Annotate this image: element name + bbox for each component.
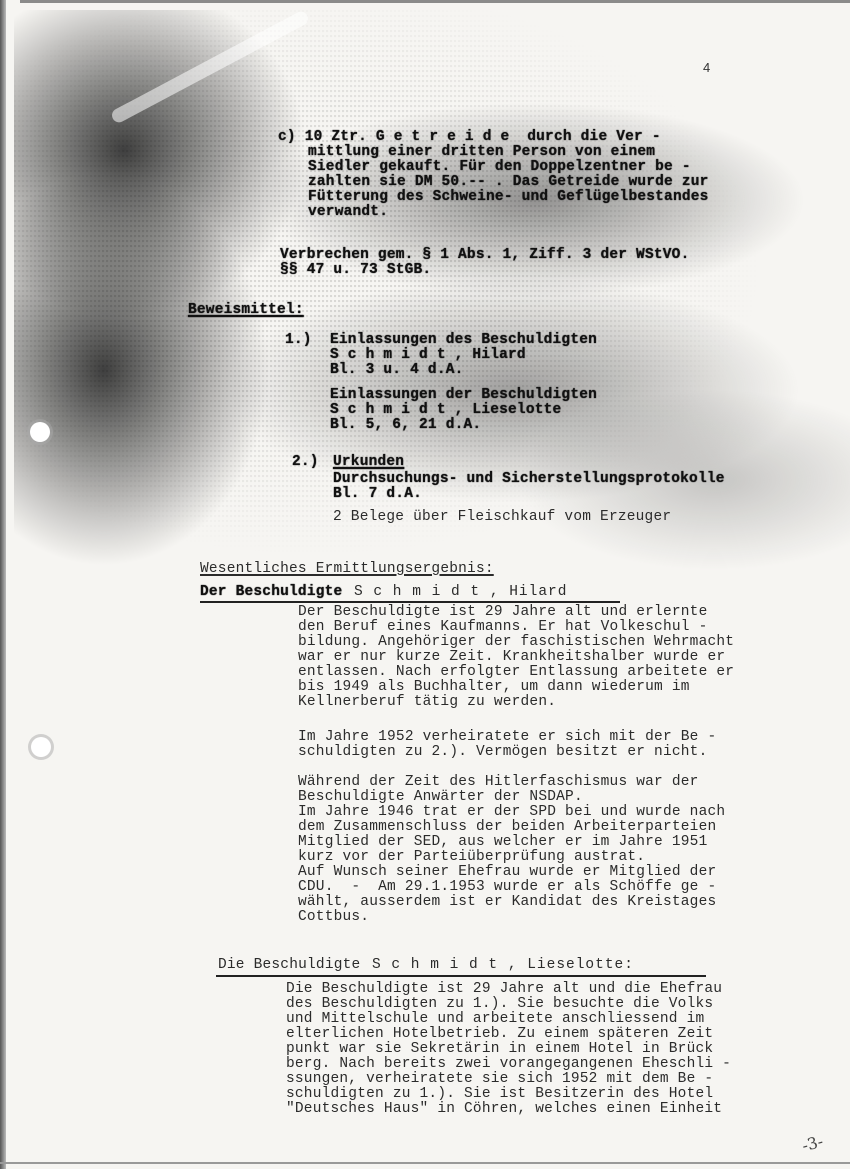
accused2-text-line: des Beschuldigten zu 1.). Sie besuchte d… (286, 997, 713, 1012)
accused2-heading-prefix: Die Beschuldigte (218, 958, 360, 973)
accused1-heading-prefix: Der Beschuldigte (200, 585, 342, 600)
accused2-text-line: punkt war sie Sekretärin in einem Hotel … (286, 1042, 713, 1057)
accused1-text-line: Während der Zeit des Hitlerfaschismus wa… (298, 775, 699, 790)
accused1-text-line: bis 1949 als Buchhalter, um dann wiederu… (298, 680, 690, 695)
accused1-text-line: schuldigten zu 2.). Vermögen besitzt er … (298, 745, 707, 760)
evidence-item-number: 2.) (292, 455, 319, 470)
page-edge-bottom (0, 1162, 850, 1164)
accused1-heading-underline (200, 601, 620, 603)
accused1-text-line: kurz vor der Parteiüberprüfung austrat. (298, 850, 645, 865)
item-c-line: mittlung einer dritten Person von einem (308, 145, 655, 160)
accused1-text-line: Cottbus. (298, 910, 369, 925)
item-c-line: c) 10 Ztr. G e t r e i d e durch die Ver… (278, 130, 661, 145)
accused2-heading-name: S c h m i d t , Lieselotte: (372, 958, 634, 973)
evidence-line: Bl. 3 u. 4 d.A. (330, 363, 464, 378)
accused1-text-line: Kellnerberuf tätig zu werden. (298, 695, 556, 710)
evidence-line: Einlassungen der Beschuldigten (330, 388, 597, 403)
accused1-text-line: wählt, ausserdem ist er Kandidat des Kre… (298, 895, 716, 910)
item-c-line: zahlten sie DM 50.-- . Das Getreide wurd… (308, 175, 709, 190)
item-c-line: Fütterung des Schweine- und Geflügelbest… (308, 190, 709, 205)
accused1-text-line: Im Jahre 1946 trat er der SPD bei und wu… (298, 805, 725, 820)
evidence-line: 2 Belege über Fleischkauf vom Erzeuger (333, 510, 671, 525)
page-number: 4 (703, 60, 710, 75)
evidence-line: Bl. 7 d.A. (333, 487, 422, 502)
accused1-text-line: Im Jahre 1952 verheiratete er sich mit d… (298, 730, 716, 745)
violation-line: Verbrechen gem. § 1 Abs. 1, Ziff. 3 der … (280, 248, 689, 263)
accused2-text-line: berg. Nach bereits zwei vorangegangenen … (286, 1057, 731, 1072)
evidence-line: Durchsuchungs- und Sicherstellungsprotok… (333, 472, 725, 487)
accused1-text-line: den Beruf eines Kaufmanns. Er hat Volkes… (298, 620, 707, 635)
accused1-text-line: bildung. Angehöriger der faschistischen … (298, 635, 734, 650)
accused1-text-line: dem Zusammenschluss der beiden Arbeiterp… (298, 820, 716, 835)
evidence-item-number: 1.) (285, 333, 312, 348)
scanned-page: 4 c) 10 Ztr. G e t r e i d e durch die V… (0, 0, 850, 1169)
accused2-heading-underline (216, 975, 706, 977)
item-c-line: Siedler gekauft. Für den Doppelzentner b… (308, 160, 691, 175)
violation-line: §§ 47 u. 73 StGB. (280, 263, 431, 278)
accused2-text-line: "Deutsches Haus" in Cöhren, welches eine… (286, 1102, 722, 1117)
evidence-line: S c h m i d t , Hilard (330, 348, 526, 363)
page-edge-left (0, 0, 6, 1169)
page-edge-top (20, 0, 850, 3)
accused2-text-line: Die Beschuldigte ist 29 Jahre alt und di… (286, 982, 722, 997)
punch-hole-lower (31, 737, 51, 757)
evidence-line: Bl. 5, 6, 21 d.A. (330, 418, 481, 433)
findings-heading: Wesentliches Ermittlungsergebnis: (200, 562, 494, 577)
accused1-text-line: Auf Wunsch seiner Ehefrau wurde er Mitgl… (298, 865, 716, 880)
evidence-heading: Beweismittel: (188, 303, 304, 318)
accused2-text-line: und Mittelschule und arbeitete anschlies… (286, 1012, 704, 1027)
accused1-heading-name: S c h m i d t , Hilard (354, 585, 567, 600)
evidence-line: Einlassungen des Beschuldigten (330, 333, 597, 348)
accused1-text-line: Der Beschuldigte ist 29 Jahre alt und er… (298, 605, 707, 620)
accused2-text-line: ssungen, verheiratete sie sich 1952 mit … (286, 1072, 713, 1087)
punch-hole-upper (30, 422, 50, 442)
evidence-subheading: Urkunden (333, 455, 404, 470)
evidence-line: S c h m i d t , Lieselotte (330, 403, 561, 418)
margin-mark: -3- (800, 1132, 825, 1156)
accused1-text-line: Mitglied der SED, aus welcher er im Jahr… (298, 835, 707, 850)
item-c-line: verwandt. (308, 205, 388, 220)
accused2-text-line: elterlichen Hotelbetrieb. Zu einem späte… (286, 1027, 713, 1042)
accused1-text-line: Beschuldigte Anwärter der NSDAP. (298, 790, 583, 805)
accused1-text-line: CDU. - Am 29.1.1953 wurde er als Schöffe… (298, 880, 716, 895)
accused1-text-line: entlassen. Nach erfolgter Entlassung arb… (298, 665, 734, 680)
accused1-text-line: war er nur kurze Zeit. Krankheitshalber … (298, 650, 725, 665)
accused2-text-line: schuldigten zu 1.). Sie ist Besitzerin d… (286, 1087, 713, 1102)
